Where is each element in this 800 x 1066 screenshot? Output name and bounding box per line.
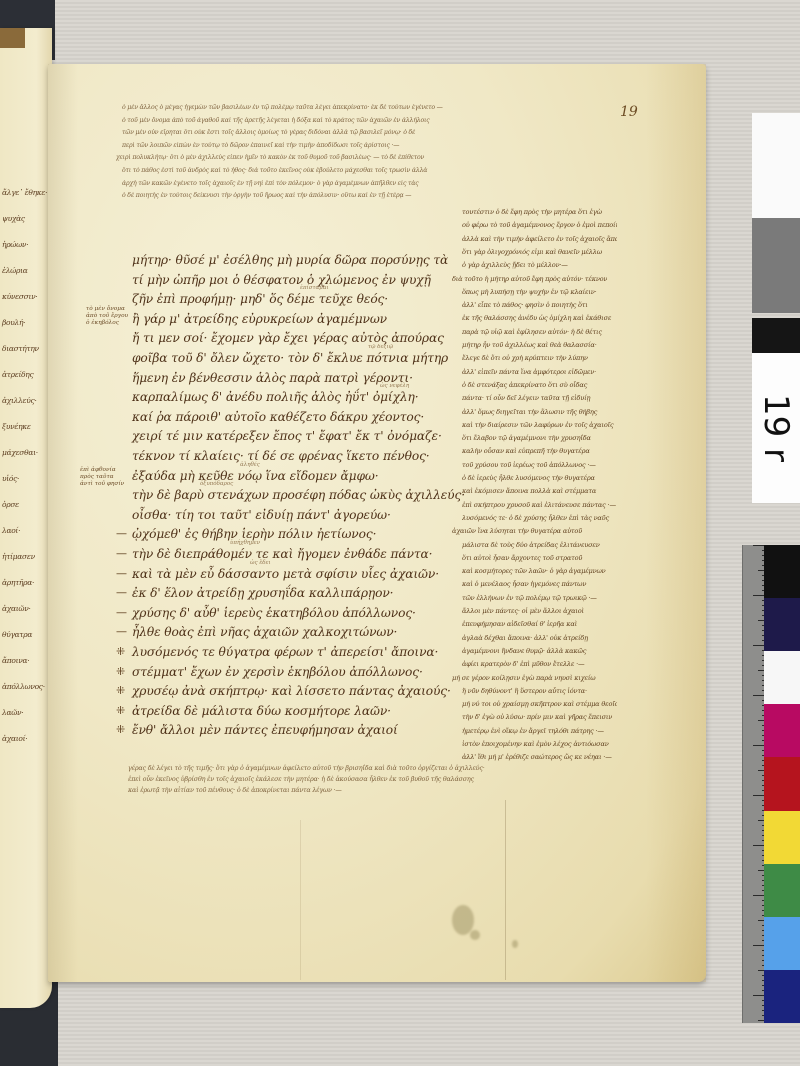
interlinear-gloss: ὀξυπόδαρος	[200, 481, 233, 487]
main-text-line: ἐκ δ' ἕλον ἀτρείδῃ χρυσηΐδα καλλιπάρῃον·	[132, 586, 393, 600]
main-text-line: φοῖβα τοῦ δ' ὄλεν ὤχετο· τὸν δ' ἔκλυε πό…	[132, 351, 448, 365]
verso-text-fragment: μάχεσθαι·	[2, 448, 38, 457]
commentary-line: πάντα· τί οὖν δεῖ λέγειν ταῦτα τῇ εἰδυίῃ	[462, 394, 617, 402]
commentary-line: καὶ τὴν διαίρεσιν τῶν λαφύρων ἐν τοῖς ἀχ…	[462, 421, 617, 429]
interlinear-gloss: ὡς ἔδει	[250, 560, 271, 566]
patch-red	[764, 757, 800, 811]
verso-text-fragment: λαοί·	[2, 526, 20, 535]
main-text-line: ἐξαύδα μὴ κεῦθε νόῳ ἵνα εἴδομεν ἄμφω·	[132, 469, 379, 483]
commentary-line: οὐ φέρω τὸ τοῦ ἀγαμέμνονος ἔργον ὁ ἐμοὶ …	[462, 221, 617, 229]
verso-text-fragment: ἀτρείδης	[2, 370, 33, 379]
commentary-line: ὅτι γὰρ ὀλιγοχρόνιός εἰμι καὶ θανεῖν μέλ…	[462, 248, 617, 256]
patch-white	[764, 651, 800, 705]
main-text-line: τί μὴν ὠπῆρ μοι ὁ θέσφατον ὁ χλώμενος ἐν…	[132, 273, 431, 287]
verso-text-fragment: ἀχιλλεύς·	[2, 396, 37, 405]
main-text-line: λυσόμενός τε θύγατρα φέρων τ' ἀπερείσι' …	[132, 645, 438, 659]
dash-marker-icon: —	[116, 567, 127, 580]
commentary-line: τὴν δ' ἐγὼ οὐ λύσω· πρίν μιν καὶ γῆρας ἔ…	[462, 713, 617, 721]
interlinear-gloss: τῷ δεξιῷ	[368, 344, 393, 350]
commentary-line: μάλιστα δὲ τοὺς δύο ἀτρείδας ἐλιτάνευσεν	[462, 541, 617, 549]
commentary-line: τουτέστιν ὁ δὲ ἔφη πρὸς τὴν μητέρα ὅτι ἐ…	[462, 208, 617, 216]
commentary-line: ἔλεγε δὲ ὅτι οὐ χρὴ κρύπτειν τὴν λύπην	[462, 354, 617, 362]
dash-marker-icon: —	[116, 527, 127, 540]
commentary-line: ἀχαιῶν ἵνα λύσηται τὴν θυγατέρα αὐτοῦ	[452, 527, 607, 535]
commentary-line: καλὴν οὖσαν καὶ εὐπρεπῆ τὴν θυγατέρα	[462, 447, 617, 455]
main-text-line: τέκνον τί κλαίεις· τί δέ σε φρένας ἵκετο…	[132, 449, 430, 463]
patch-dark-navy	[764, 598, 800, 652]
commentary-line: ὁ δὲ στενάξας ἀπεκρίνατο ὅτι σὺ οἶδας	[462, 381, 617, 389]
patch-yellow	[764, 811, 800, 865]
main-text-line: τὴν δὲ βαρὺ στενάχων προσέφη πόδας ὠκὺς …	[132, 488, 465, 502]
commentary-line: ἀλλ' ἴθι μή μ' ἐρέθιζε σαώτερος ὥς κε νέ…	[462, 753, 617, 761]
interlinear-gloss: ὑπήχθημεν	[230, 540, 260, 546]
commentary-line: ἀγαμέμνονι ἥνδανε θυμῷ· ἀλλὰ κακῶς	[462, 647, 617, 655]
patch-white	[752, 113, 800, 218]
stain	[470, 930, 480, 940]
commentary-line: ἐκ τῆς θαλάσσης ἀνέδυ ὡς ὀμίχλη καὶ ἐκάθ…	[462, 314, 617, 322]
verso-text-fragment: λαῶν·	[2, 708, 23, 717]
dash-marker-icon: —	[116, 586, 127, 599]
dash-marker-icon: —	[116, 547, 127, 560]
verso-text-fragment: θύγατρα	[2, 630, 32, 639]
scholia-line: ὁ τοῦ μὲν ὄνομα ἀπὸ τοῦ ἀγαθοῦ καὶ τῆς ἀ…	[122, 117, 617, 124]
commentary-line: ἡμετέρῳ ἐνὶ οἴκῳ ἐν ἄργεϊ τηλόθι πάτρης …	[462, 727, 617, 735]
patch-black	[764, 545, 800, 599]
commentary-line: τῶν ἑλλήνων ἐν τῷ πολέμῳ τῷ τρωικῷ ·—	[462, 594, 617, 602]
commentary-line: ἀλλ' ὅμως διηγεῖται τὴν ἅλωσιν τῆς θήβης	[462, 408, 617, 416]
verso-text-fragment: ἑλώρια	[2, 266, 28, 275]
verso-text-fragment: κύνεσσιν·	[2, 292, 38, 301]
scholia-line: ὁ μὲν ἄλλος ὁ μέγας ἡγεμὼν τῶν βασιλέων …	[122, 104, 617, 111]
commentary-line: παρὰ τῷ υἱῷ καὶ ἐφίλησεν αὐτόν· ἡ δὲ θέτ…	[462, 328, 617, 336]
commentary-line: ἀγλαὰ δέχθαι ἄποινα· ἀλλ' οὐκ ἀτρείδῃ	[462, 634, 617, 642]
commentary-line: μήτηρ ἦν τοῦ ἀχιλλέως καὶ θεὰ θαλασσία·	[462, 341, 617, 349]
main-text-line: ἥμενη ἐν βένθεσσιν ἁλὸς παρὰ πατρὶ γέρον…	[132, 371, 413, 385]
patch-light-blue	[764, 917, 800, 971]
verso-text-fragment: ἀρητῆρα·	[2, 578, 34, 587]
verso-text-fragment: υἱός·	[2, 474, 19, 483]
main-text-line: στέμματ' ἔχων ἐν χερσὶν ἑκηβόλου ἀπόλλων…	[132, 665, 423, 679]
commentary-line: διὰ τοῦτο ἡ μήτηρ αὐτοῦ ἔφη πρὸς αὐτόν· …	[452, 275, 607, 283]
patch-green	[764, 864, 800, 918]
folio-number: 19	[620, 104, 638, 120]
stain	[512, 940, 518, 948]
commentary-line: ἐπευφήμησαν αἰδεῖσθαί θ' ἱερῆα καὶ	[462, 620, 617, 628]
interlinear-gloss: ἐπίσταμαι	[300, 285, 329, 291]
main-text-line: καὶ τὰ μὲν εὖ δάσσαντο μετὰ σφίσιν υἷες …	[132, 567, 439, 581]
commentary-line: μή σε γέρον κοίλῃσιν ἐγὼ παρὰ νηυσὶ κιχε…	[452, 674, 607, 682]
asterisk-marker-icon: ⁜	[116, 684, 125, 697]
commentary-line: μή νύ τοι οὐ χραίσμῃ σκῆπτρον καὶ στέμμα…	[462, 700, 617, 708]
main-text-line: καρπαλίμως δ' ἀνέδυ πολιῆς ἁλὸς ἠΰτ' ὀμί…	[132, 390, 419, 404]
commentary-line: ὁ δὲ ἱερεὺς ἦλθε λυσόμενος τὴν θυγατέρα	[462, 474, 617, 482]
verso-text-fragment: διαστήτην	[2, 344, 39, 353]
scholia-line: χειρὶ πολυκλήτῳ· ὅτι ὁ μὲν ἀχιλλεὺς εἶπε…	[116, 154, 611, 161]
dash-marker-icon: —	[116, 606, 127, 619]
main-text-line: χειρί τέ μιν κατέρεξεν ἔπος τ' ἔφατ' ἔκ …	[132, 429, 442, 443]
asterisk-marker-icon: ⁜	[116, 665, 125, 678]
patch-black	[752, 318, 800, 353]
commentary-line: ἐπὶ σκήπτρου χρυσοῦ καὶ ἐλιτάνευσε πάντα…	[462, 501, 617, 509]
commentary-line: ὅτι ἔλαβον τῷ ἀγαμέμνονι τὴν χρυσηΐδα	[462, 434, 617, 442]
commentary-line: ἀλλὰ καὶ τὴν τιμὴν ἀφείλετο ἐν τοῖς ἀχαι…	[462, 235, 617, 243]
scholia-line: τῶν μὲν οὖν εἴρηται ὅτι οὐκ ἔστι τοῖς ἄλ…	[122, 129, 617, 136]
asterisk-marker-icon: ⁜	[116, 704, 125, 717]
scholia-line: γέρας δὲ λέγει τὸ τῆς τιμῆς· ὅτι γὰρ ὁ ἀ…	[128, 764, 598, 772]
main-text-line: μήτηρ· θῦσέ μ' ἐσέλθης μὴ μυρία δῶρα πορ…	[132, 253, 448, 267]
scholia-line: περὶ τῶν λοιπῶν εἰπὼν ἐν τούτῳ τὸ δῶρον …	[122, 142, 617, 149]
main-text-line: χρυσέῳ ἀνὰ σκήπτρῳ· καὶ λίσσετο πάντας ἀ…	[132, 684, 451, 698]
binding-tab	[0, 28, 25, 48]
asterisk-marker-icon: ⁜	[116, 723, 125, 736]
left-margin-note: ἐπὶ ἀφθονία πρὸς ταῦτα ἀντὶ τοῦ φησίν	[80, 467, 124, 488]
commentary-line: ἱστὸν ἐποιχομένην καὶ ἐμὸν λέχος ἀντιόωσ…	[462, 740, 617, 748]
verso-text-fragment: ἀχαιοί·	[2, 734, 27, 743]
dash-marker-icon: —	[116, 625, 127, 638]
scholia-line: ἐπεὶ οὖν ἐκεῖνος ὑβρίσθη ἐν τοῖς ἀχαιοῖς…	[128, 775, 598, 783]
verso-text-fragment: ἠτίμασεν	[2, 552, 35, 561]
left-margin-note: τὸ μὲν ὄνομα ἀπὸ τοῦ ἔργου ὁ ἑκηβόλος	[86, 306, 128, 327]
main-text-line: ἢ γάρ μ' ἀτρείδης εὐρυκρείων ἀγαμέμνων	[132, 312, 387, 326]
color-checker-strip	[764, 545, 800, 1023]
main-text-line: οἶσθα· τίη τοι ταῦτ' εἰδυίῃ πάντ' ἀγορεύ…	[132, 508, 391, 522]
folio-label-text: 19 r	[756, 394, 796, 462]
commentary-line: τοῦ χρύσου τοῦ ἱερέως τοῦ ἀπόλλωνος ·—	[462, 461, 617, 469]
main-text-line: ἤ τι μεν σοί· ἔχομεν γὰρ ἔχει γέρας αὐτὸ…	[132, 331, 444, 345]
main-text-line: καί ῥα πάροιθ' αὐτοῖο καθέζετο δάκρυ χέο…	[132, 410, 424, 424]
main-text-line: ἀτρείδα δὲ μάλιστα δύω κοσμήτορε λαῶν·	[132, 704, 391, 718]
fold-line	[300, 820, 301, 980]
verso-text-fragment: ἄποινα·	[2, 656, 29, 665]
commentary-line: ἀλλ' εἶπε τὸ πάθος· φησὶν ὁ ποιητὴς ὅτι	[462, 301, 617, 309]
verso-page-edge: ἄλγε᾽ ἔθηκε·ψυχὰςἡρώων·ἑλώριακύνεσσιν·βο…	[0, 28, 52, 1008]
commentary-line: ἀφίει κρατερὸν δ' ἐπὶ μῦθον ἔτελλε ·—	[462, 660, 617, 668]
main-text-line: ἦλθε θοὰς ἐπὶ νῆας ἀχαιῶν χαλκοχιτώνων·	[132, 625, 397, 639]
verso-text-fragment: ὀρσε	[2, 500, 19, 509]
folio-label-card: 19 r	[752, 353, 800, 503]
commentary-line: ὅπως μὴ λυπήσῃ τὴν ψυχὴν ἐν τῷ κλαίειν·	[462, 288, 617, 296]
verso-text-fragment: ψυχὰς	[2, 214, 25, 223]
commentary-line: ἀλλ' εἰπεῖν πάντα ἵνα ἀμφότεροι εἰδῶμεν·	[462, 368, 617, 376]
scholia-line: ὁ δὲ ποιητὴς ἐν τούτοις δείκνυσι τὴν ὀργ…	[122, 192, 617, 199]
verso-text-fragment: ξυνέηκε	[2, 422, 31, 431]
commentary-line: καὶ ἐκόμισεν ἄποινα πολλὰ καὶ στέμματα	[462, 487, 617, 495]
verso-text-fragment: βουλή·	[2, 318, 25, 327]
commentary-line: λυσόμενός τε· ὁ δὲ χρύσης ἦλθεν ἐπὶ τὰς …	[462, 514, 617, 522]
scholia-line: ἀρχὴ τῶν κακῶν ἐγένετο τοῖς ἀχαιοῖς ἐν τ…	[122, 180, 617, 187]
interlinear-gloss: ὡς νεφέλη	[380, 383, 409, 389]
main-text-line: τὴν δὲ διεπράθομέν τε καὶ ἤγομεν ἐνθάδε …	[132, 547, 432, 561]
commentary-line: ὁ γὰρ ἀχιλλεὺς ᾔδει τὸ μέλλον·—	[462, 261, 617, 269]
verso-text-fragment: ἡρώων·	[2, 240, 28, 249]
commentary-line: ὅτι αὐτοὶ ἦσαν ἄρχοντες τοῦ στρατοῦ	[462, 554, 617, 562]
commentary-line: ἄλλοι μὲν πάντες· οἱ μὲν ἄλλοι ἀχαιοὶ	[462, 607, 617, 615]
main-text-line: χρύσης δ' αὖθ' ἱερεὺς ἑκατηβόλου ἀπόλλων…	[132, 606, 416, 620]
scholia-line: καὶ ἐρωτᾷ τὴν αἰτίαν τοῦ πένθους· ὁ δὲ ἀ…	[128, 786, 598, 794]
fold-line	[505, 800, 506, 980]
main-text-line: ζῆν ἐπὶ προφήμῃ· μηδ' ὅς δέμε τεῦχε θεός…	[132, 292, 388, 306]
interlinear-gloss: ἀληθές	[240, 462, 260, 468]
commentary-line: καὶ ὁ μενέλαος ἦσαν ἡγεμόνες πάντων	[462, 580, 617, 588]
scholia-line: ὅτι τὸ πάθος ἐστὶ τοῦ ἀνδρὸς καὶ τὸ ἦθος…	[122, 167, 617, 174]
gutter-shadow	[48, 64, 78, 982]
verso-text-fragment: ἀχαιῶν·	[2, 604, 31, 613]
patch-magenta	[764, 704, 800, 758]
patch-gray	[752, 218, 800, 313]
manuscript-folio	[48, 64, 706, 982]
commentary-line: ἢ νῦν δηθύνοντ' ἢ ὕστερον αὖτις ἰόντα·	[462, 687, 617, 695]
verso-text-fragment: ἀπόλλωνος·	[2, 682, 45, 691]
commentary-line: καὶ κοσμήτορες τῶν λαῶν· ὁ γὰρ ἀγαμέμνων	[462, 567, 617, 575]
main-text-line: ἔνθ' ἄλλοι μὲν πάντες ἐπευφήμησαν ἀχαιοί	[132, 723, 398, 737]
patch-navy-blue	[764, 970, 800, 1024]
asterisk-marker-icon: ⁜	[116, 645, 125, 658]
verso-text-fragment: ἄλγε᾽ ἔθηκε·	[2, 188, 47, 197]
